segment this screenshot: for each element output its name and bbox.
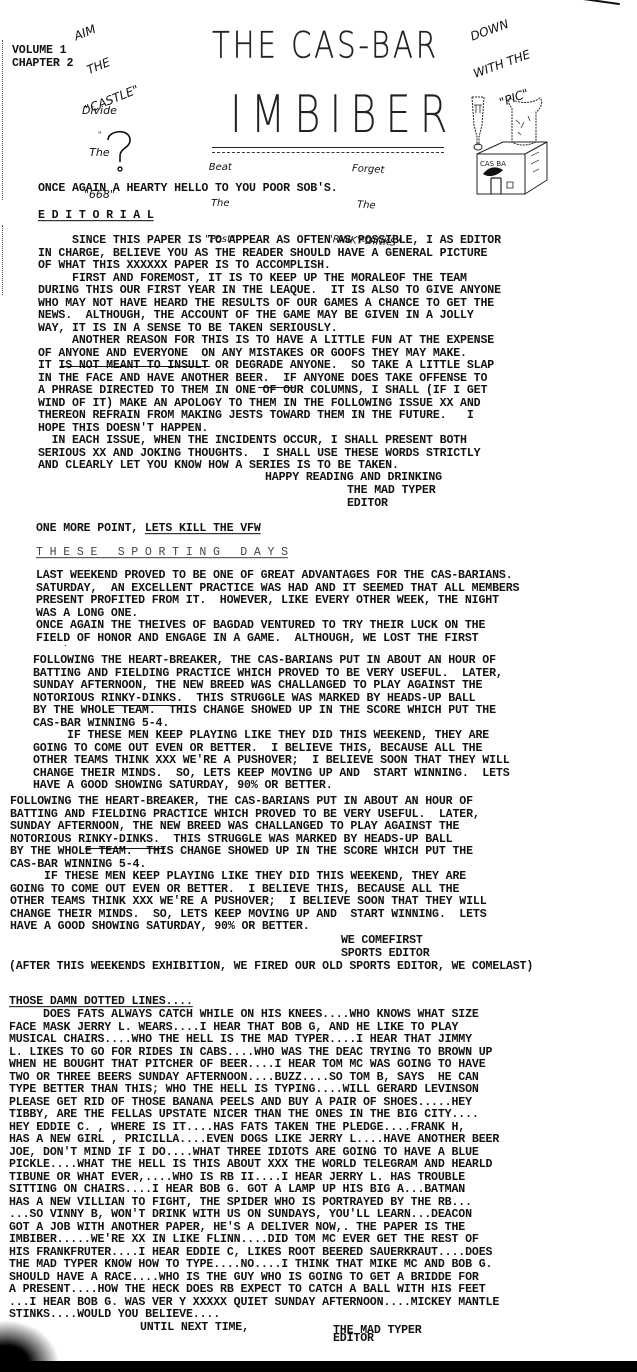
- editorial-signoff: HAPPY READING AND DRINKING: [265, 472, 442, 485]
- svg-text:": ": [98, 130, 102, 140]
- title-underline: [212, 147, 444, 148]
- greeting: ONCE AGAIN A HEARTY HELLO TO YOU POOR SO…: [38, 183, 338, 196]
- scan-edge-marks: [2, 40, 4, 200]
- question-mark-icon: ": [100, 128, 140, 173]
- cut-off-line: GAME, THIS ...: [36, 645, 626, 649]
- underline-mark: [60, 366, 210, 367]
- scribble-mark: [575, 0, 620, 5]
- chapter-label: CHAPTER 2: [12, 58, 73, 71]
- title-underline: [212, 152, 444, 153]
- handwritten-line: DOWN: [459, 14, 519, 46]
- editorial-heading: E D I T O R I A L: [38, 210, 154, 223]
- masthead-title-line1: THE CAS-BAR: [212, 24, 439, 67]
- sports-footnote: (AFTER THIS WEEKENDS EXHIBITION, WE FIRE…: [9, 961, 533, 974]
- postscript-emphasis: LETS KILL THE VFW: [145, 522, 261, 536]
- sports-line-cutoff: GAME, THIS ...: [36, 645, 131, 649]
- signoff-line: SPORTS EDITOR: [341, 947, 430, 960]
- editorial-signoff: THE MAD TYPER EDITOR: [347, 485, 436, 510]
- gossip-line: STINKS....WOULD YOU BELIEVE....: [9, 1309, 499, 1322]
- scan-bottom-edge: [0, 1361, 637, 1372]
- cas-bar-box-icon: CAS BA: [475, 140, 555, 196]
- handwritten-line: The: [330, 198, 403, 214]
- underline-mark: [85, 848, 165, 849]
- handwritten-line: Divide: [82, 104, 117, 118]
- handwritten-line: The: [205, 198, 235, 210]
- gossip-signature-title: EDITOR: [333, 1333, 374, 1346]
- newsletter-page: AIM THE "CASTLE" DOWN WITH THE "PIC" VOL…: [0, 0, 637, 1372]
- underline-mark: [108, 705, 186, 706]
- sports-body-part2: FOLLOWING THE HEART-BREAKER, THE CAS-BAR…: [33, 653, 633, 793]
- sports-body-part3: FOLLOWING THE HEART-BREAKER, THE CAS-BAR…: [10, 796, 487, 934]
- editorial-body: SINCE THIS PAPER IS TO APPEAR AS OFTEN A…: [38, 235, 501, 473]
- underline-mark: [258, 387, 294, 388]
- sports-signoff: WE COMEFIRST SPORTS EDITOR: [341, 935, 430, 960]
- postscript: ONE MORE POINT, LETS KILL THE VFW: [36, 523, 261, 536]
- ink-spatter: [0, 1320, 60, 1365]
- masthead-title-line2: IMBIBER: [230, 85, 457, 145]
- handwritten-line: Beat: [205, 162, 235, 174]
- scan-edge-marks: [2, 225, 4, 295]
- sports-line: HAVE A GOOD SHOWING SATURDAY, 90% OR BET…: [33, 780, 510, 793]
- sports-line: HAVE A GOOD SHOWING SATURDAY, 90% OR BET…: [10, 921, 487, 934]
- handwritten-line: Forget: [332, 162, 405, 178]
- signoff-line: EDITOR: [347, 497, 436, 510]
- sports-line: FIELD OF HONOR AND ENGAGE IN A GAME. ALT…: [36, 632, 519, 645]
- postscript-prefix: ONE MORE POINT,: [36, 522, 145, 536]
- sports-body-part1: LAST WEEKEND PROVED TO BE ONE OF GREAT A…: [36, 570, 519, 645]
- sports-heading: T H E S E S P O R T I N G D A Y S: [36, 547, 288, 560]
- box-label: CAS BA: [480, 160, 506, 168]
- gossip-body: DOES FATS ALWAYS CATCH WHILE ON HIS KNEE…: [9, 1009, 499, 1322]
- handwritten-line: WITH THE: [472, 48, 532, 80]
- gossip-closing: UNTIL NEXT TIME,: [140, 1322, 249, 1335]
